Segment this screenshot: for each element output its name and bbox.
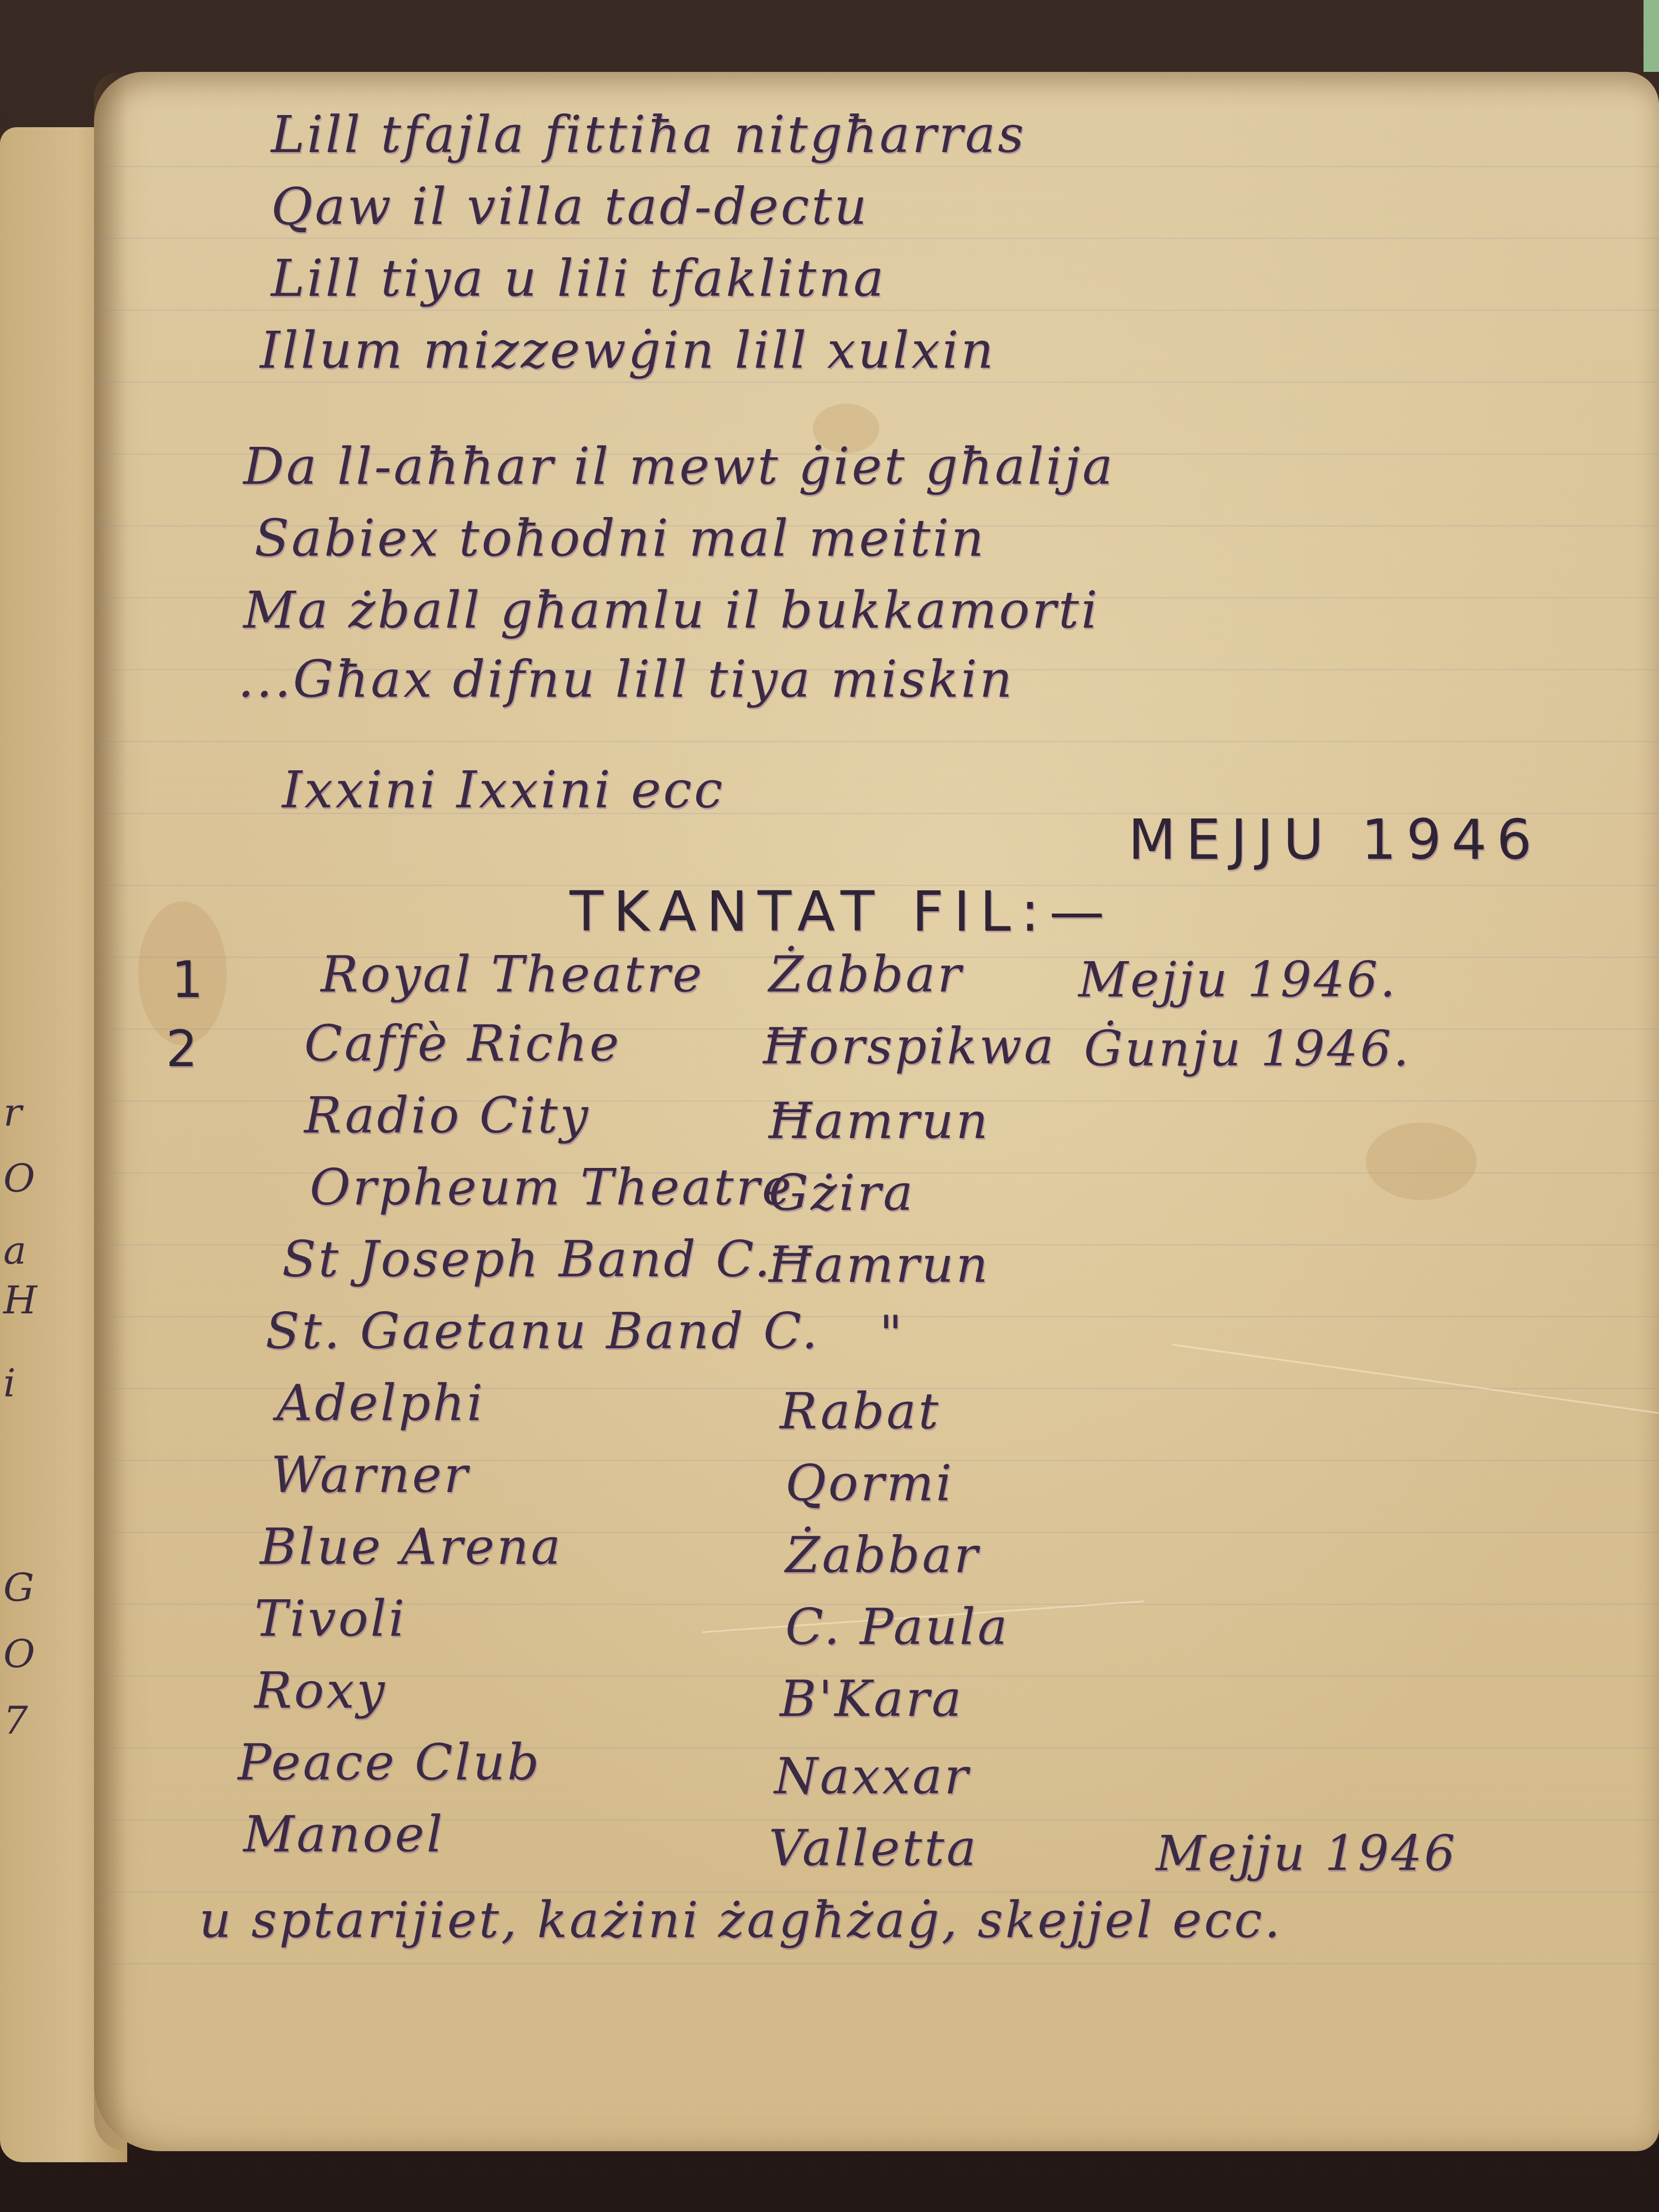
list-heading: TKANTAT FIL:— — [570, 879, 1114, 944]
venue-name: Tivoli — [254, 1590, 406, 1648]
venue-town: Żabbar — [785, 1526, 980, 1584]
previous-page-fragment: G — [3, 1565, 34, 1610]
venue-name: Caffè Riche — [304, 1015, 621, 1073]
venue-town: C. Paula — [785, 1598, 1009, 1656]
venue-town: Ħamrun — [769, 1236, 990, 1294]
background-green-object — [1644, 0, 1659, 72]
date-heading: MEJJU 1946 — [1128, 807, 1542, 872]
verse-line: Lill tfajla fittiħa nitgħarras — [271, 105, 1026, 164]
venue-date: Ġunju 1946. — [1084, 1020, 1411, 1077]
ruled-line — [94, 382, 1659, 383]
venue-name: Orpheum Theatre — [310, 1159, 794, 1217]
venue-town: Żabbar — [769, 946, 963, 1004]
footer-note: u sptarijiet, każini żagħżaġ, skejjel ec… — [199, 1891, 1282, 1949]
ruled-line — [94, 238, 1659, 239]
ruled-line — [94, 1963, 1659, 1964]
previous-page-fragment: O — [3, 1156, 35, 1201]
verse-line: Ma żball għamlu il bukkamorti — [243, 581, 1099, 640]
ruled-line — [94, 310, 1659, 311]
item-number: 2 — [166, 1020, 200, 1078]
verse-line: Da ll-aħħar il mewt ġiet għalija — [243, 437, 1115, 496]
venue-town: " — [879, 1305, 904, 1363]
venue-date: Mejju 1946. — [1078, 951, 1397, 1008]
venue-name: Roxy — [254, 1662, 387, 1720]
venue-town: Gżira — [769, 1164, 915, 1222]
venue-town: Rabat — [780, 1383, 941, 1441]
venue-town: Valletta — [769, 1819, 978, 1877]
venue-name: Adelphi — [276, 1374, 485, 1432]
previous-page-fragment: O — [3, 1631, 35, 1677]
notebook-page: Lill tfajla fittiħa nitgħarras Qaw il vi… — [94, 72, 1659, 2151]
verse-line: Illum mizzewġin lill xulxin — [260, 321, 996, 380]
ruled-line — [94, 741, 1659, 742]
previous-page-fragment: i — [3, 1360, 15, 1406]
venue-town: Naxxar — [774, 1747, 971, 1806]
verse-line: Lill tiya u lili tfaklitna — [271, 249, 886, 308]
venue-town: Ħamrun — [769, 1092, 990, 1150]
venue-name: Warner — [271, 1446, 470, 1504]
venue-name: Radio City — [304, 1087, 590, 1145]
venue-name: Peace Club — [238, 1734, 541, 1792]
previous-page-fragment: r — [3, 1089, 22, 1135]
venue-name: Manoel — [243, 1806, 445, 1864]
venue-date: Mejju 1946 — [1156, 1825, 1457, 1882]
ruled-line — [94, 166, 1659, 167]
verse-line: Sabiex toħodni mal meitin — [254, 509, 986, 568]
venue-town: B'Kara — [780, 1670, 963, 1728]
venue-name: Blue Arena — [260, 1518, 563, 1576]
venue-town: Ħorspikwa — [763, 1018, 1056, 1076]
venue-name: Royal Theatre — [321, 946, 704, 1004]
previous-page-fragment: a — [3, 1228, 27, 1273]
venue-name: St Joseph Band C. — [282, 1230, 773, 1288]
venue-name: St. Gaetanu Band C. — [265, 1302, 820, 1360]
venue-town: Qormi — [785, 1454, 954, 1512]
refrain-line: Ixxini Ixxini ecc — [282, 760, 724, 820]
paper-stain — [1366, 1123, 1477, 1200]
page-fold-shadow — [94, 72, 127, 2151]
previous-page-fragment: H — [3, 1277, 37, 1323]
item-number: 1 — [171, 951, 205, 1009]
paper-crease — [1172, 1344, 1659, 1415]
verse-line: Qaw il villa tad-dectu — [271, 177, 869, 236]
previous-page-fragment: 7 — [3, 1698, 28, 1743]
verse-line: ...Għax difnu lill tiya miskin — [238, 650, 1014, 709]
